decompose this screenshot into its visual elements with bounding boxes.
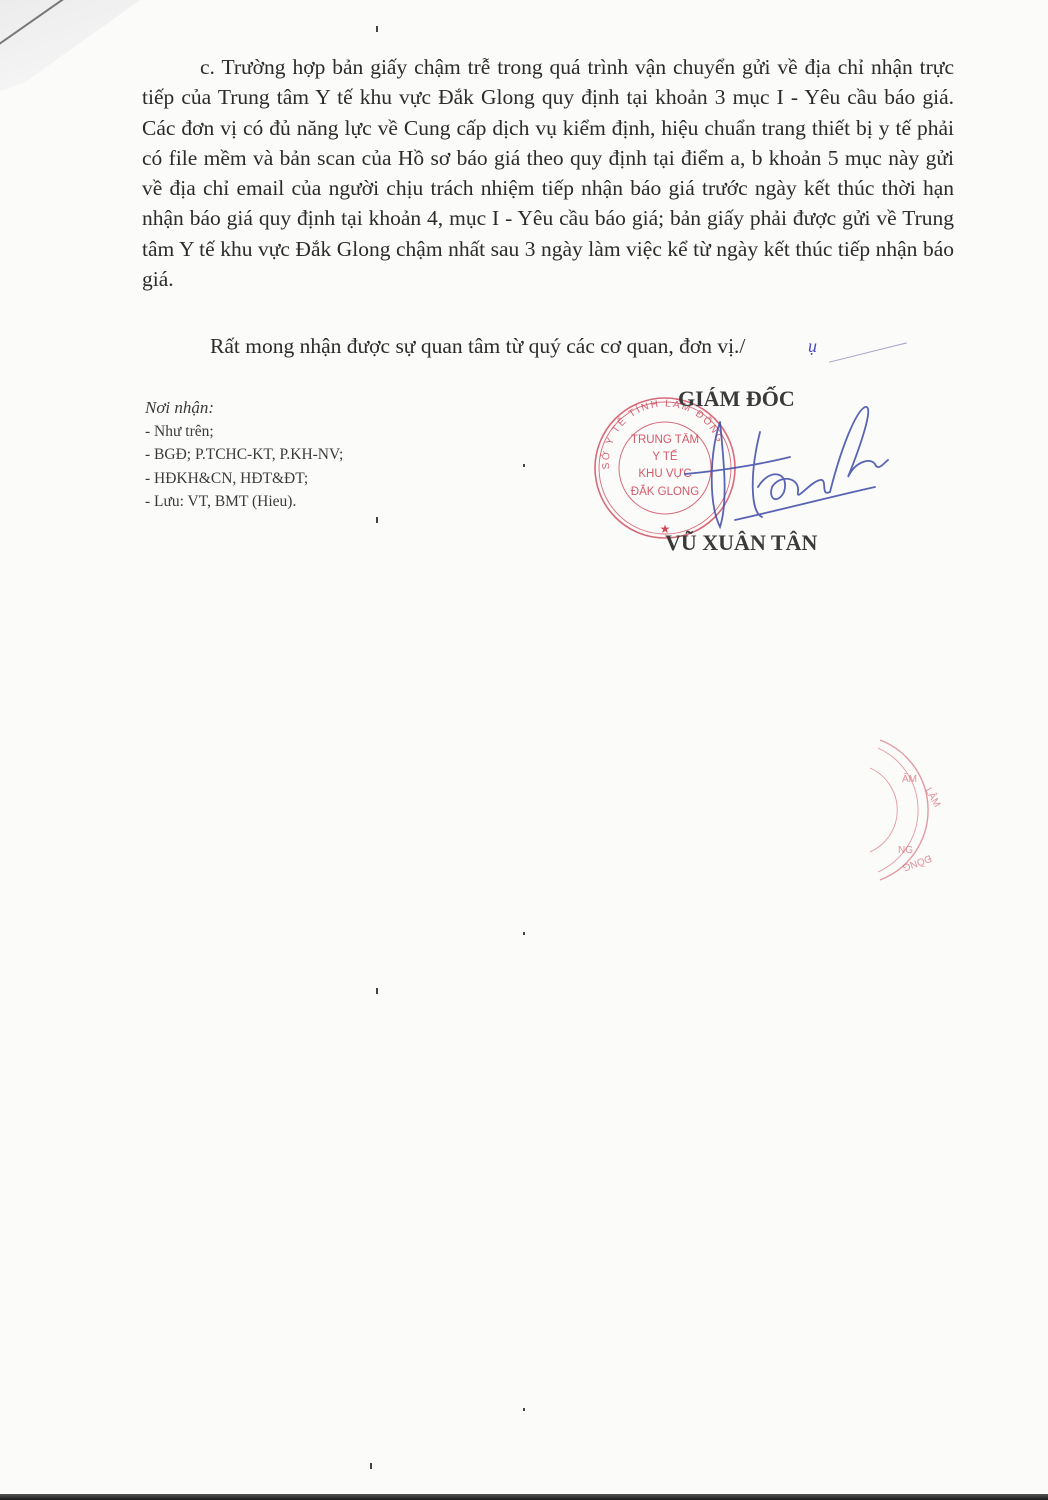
scan-speck: [370, 1463, 372, 1469]
faint-stamp-impression: ÂM LÂM NG ĐỒNG: [820, 730, 980, 890]
scan-speck: [523, 1408, 525, 1411]
scan-speck: [376, 517, 378, 523]
scan-speck: [523, 932, 525, 935]
recipient-item: - HĐKH&CN, HĐT&ĐT;: [145, 467, 343, 491]
stamp-fragment: LÂM: [922, 785, 944, 809]
signer-name: VŨ XUÂN TÂN: [665, 530, 817, 556]
recipients-heading: Nơi nhận:: [145, 396, 343, 420]
recipient-item: - Lưu: VT, BMT (Hieu).: [145, 490, 343, 514]
closing-stroke: [829, 342, 907, 363]
stamp-line: Y TẾ: [652, 450, 677, 463]
paragraph-c: c. Trường hợp bản giấy chậm trễ trong qu…: [142, 52, 954, 294]
scan-speck: [523, 464, 525, 467]
handwritten-signature: [680, 392, 890, 542]
recipient-item: - Như trên;: [145, 420, 343, 444]
scanner-edge: [0, 1494, 1048, 1500]
scan-speck: [376, 988, 378, 994]
stamp-fragment: NG: [898, 845, 913, 856]
recipient-item: - BGĐ; P.TCHC-KT, P.KH-NV;: [145, 443, 343, 467]
stamp-fragment: ÂM: [902, 772, 917, 785]
initial-mark: ụ: [808, 336, 817, 357]
closing-sentence: Rất mong nhận được sự quan tâm từ quý cá…: [210, 334, 745, 359]
page-corner-fold: [0, 0, 140, 100]
scan-speck: [376, 26, 378, 32]
recipients-block: Nơi nhận: - Như trên; - BGĐ; P.TCHC-KT, …: [145, 396, 343, 514]
